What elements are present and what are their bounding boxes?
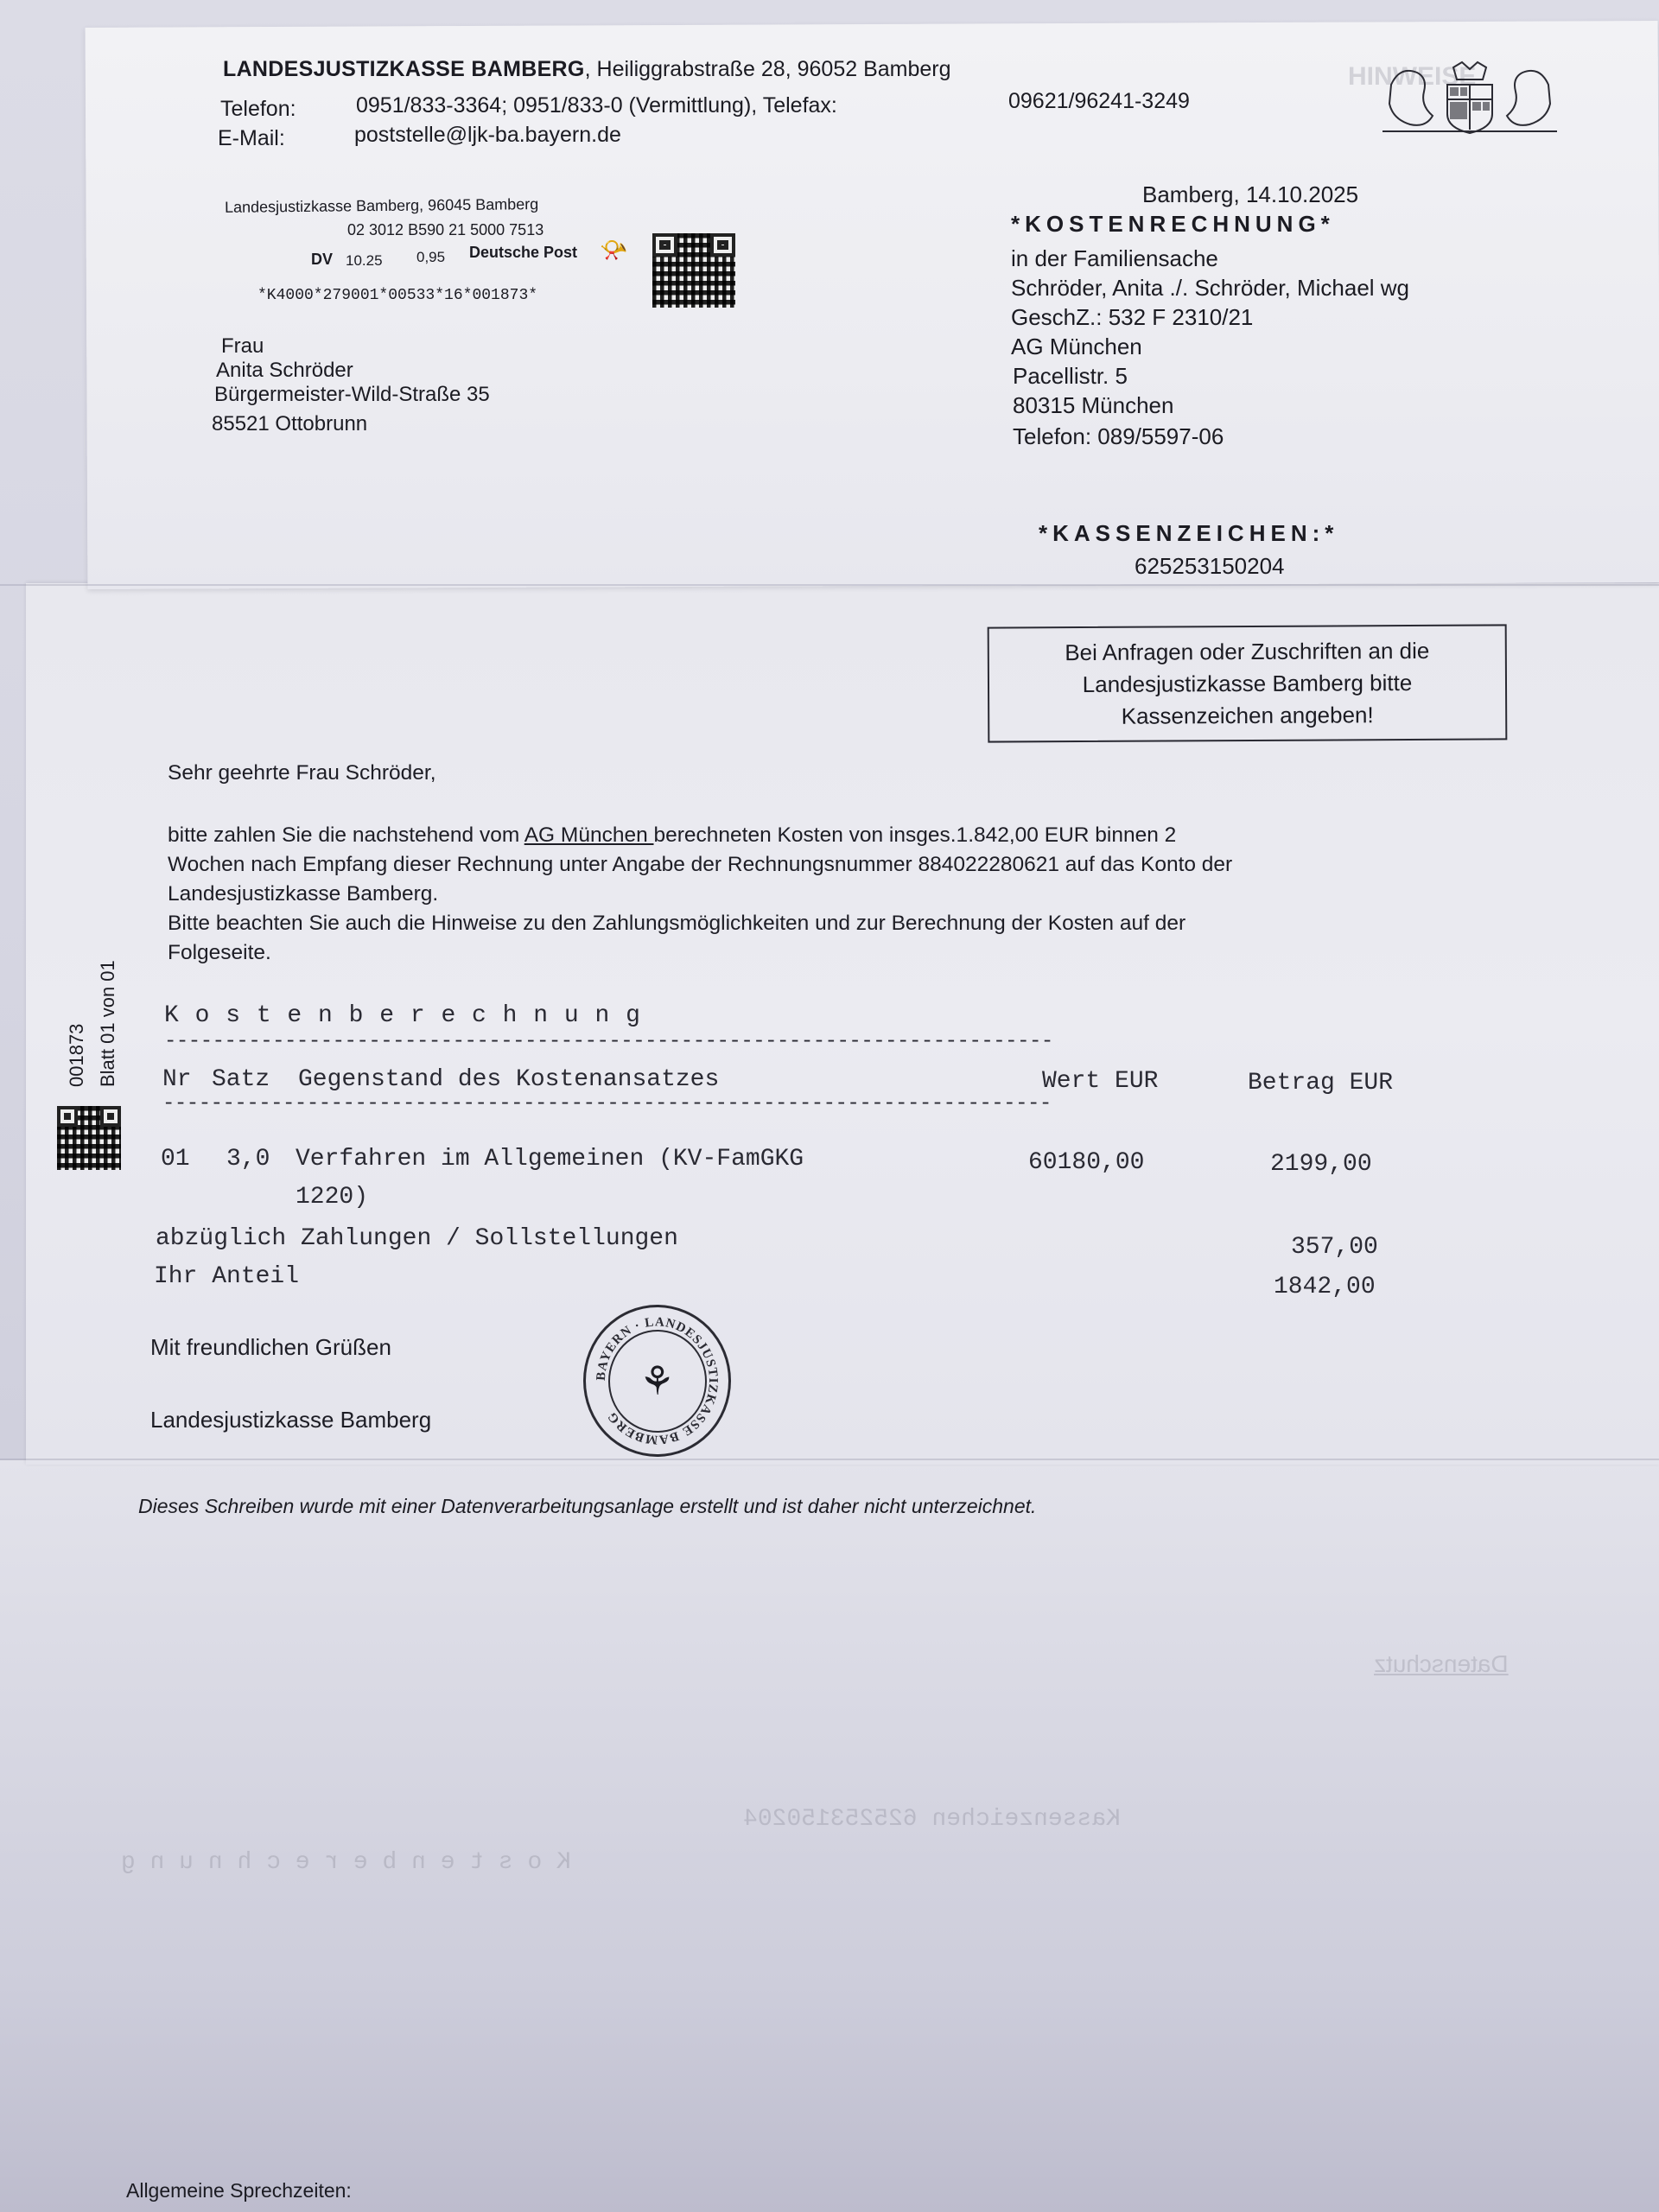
row-nr: 01 bbox=[161, 1146, 190, 1173]
official-seal-icon: BAYERN · LANDESJUSTIZKASSE BAMBERG ⚘ bbox=[583, 1305, 731, 1457]
deductions-label: abzüglich Zahlungen / Sollstellungen bbox=[156, 1225, 678, 1252]
page-info: Blatt 01 von 01 bbox=[97, 960, 119, 1087]
org-address: , Heiliggrabstraße 28, 96052 Bamberg bbox=[585, 57, 951, 81]
seal-text: BAYERN · LANDESJUSTIZKASSE BAMBERG bbox=[594, 1315, 720, 1446]
postage-barcode-line: *K4000*279001*00533*16*001873* bbox=[257, 287, 537, 304]
sheet-number: 001873 bbox=[66, 1024, 88, 1087]
email-label: E-Mail: bbox=[218, 126, 285, 151]
fold-line bbox=[0, 1459, 1659, 1460]
court-name: AG München bbox=[1011, 332, 1142, 361]
court-phone: Telefon: 089/5597-06 bbox=[1013, 422, 1224, 451]
postage-amount: 0,95 bbox=[416, 249, 445, 266]
notes-paragraph-line1: Bitte beachten Sie auch die Hinweise zu … bbox=[168, 909, 1185, 938]
header-nr: Nr bbox=[162, 1066, 192, 1093]
dv-date: 10.25 bbox=[346, 252, 383, 270]
postage-datamatrix-code bbox=[652, 233, 735, 308]
cash-reference-number: 625253150204 bbox=[1135, 551, 1285, 581]
payment-paragraph-line2: Wochen nach Empfang dieser Rechnung unte… bbox=[168, 850, 1232, 880]
payment-paragraph-line3: Landesjustizkasse Bamberg. bbox=[168, 880, 438, 909]
reverse-ghost-privacy: Datenschutz bbox=[1374, 1650, 1509, 1678]
row-subject: Verfahren im Allgemeinen (KV-FamGKG bbox=[296, 1146, 804, 1173]
header-value: Wert EUR bbox=[1042, 1068, 1158, 1095]
court-link[interactable]: AG München bbox=[524, 823, 654, 847]
header-subject: Gegenstand des Kostenansatzes bbox=[298, 1066, 719, 1093]
share-label: Ihr Anteil bbox=[154, 1263, 299, 1290]
table-rule: ----------------------------------------… bbox=[164, 1030, 1053, 1053]
header-rate: Satz bbox=[212, 1066, 270, 1093]
greeting: Sehr geehrte Frau Schröder, bbox=[168, 759, 436, 788]
disclaimer: Dieses Schreiben wurde mit einer Datenve… bbox=[138, 1495, 1036, 1518]
paper-lower-fold bbox=[0, 1460, 1659, 2212]
dv-label: DV bbox=[311, 251, 333, 269]
share-amount: 1842,00 bbox=[1274, 1274, 1376, 1300]
sheet-datamatrix-code bbox=[57, 1106, 121, 1170]
phone-value: 0951/833-3364; 0951/833-0 (Vermittlung),… bbox=[356, 93, 837, 118]
row-amount: 2199,00 bbox=[1270, 1151, 1372, 1178]
text: berechneten Kosten von insges.1.842,00 E… bbox=[654, 823, 1177, 847]
recipient-salutation: Frau bbox=[221, 334, 264, 359]
carrier-name: Deutsche Post bbox=[469, 244, 577, 262]
reference-notice-box: Bei Anfragen oder Zuschriften an die Lan… bbox=[988, 624, 1508, 742]
deductions-amount: 357,00 bbox=[1291, 1234, 1378, 1261]
office-hours-label: Allgemeine Sprechzeiten: bbox=[126, 2179, 352, 2202]
bavarian-coat-of-arms-icon bbox=[1374, 59, 1566, 138]
postage-code-line: 02 3012 B590 21 5000 7513 bbox=[347, 221, 543, 239]
notice-line: Bei Anfragen oder Zuschriften an die bbox=[1065, 634, 1429, 668]
document-type: *KOSTENRECHNUNG* bbox=[1011, 209, 1335, 238]
email-link[interactable]: poststelle@ljk-ba.bayern.de bbox=[354, 123, 621, 148]
payment-paragraph-line1: bitte zahlen Sie die nachstehend vom AG … bbox=[168, 821, 1176, 850]
table-rule: ----------------------------------------… bbox=[162, 1092, 1052, 1116]
recipient-city: 85521 Ottobrunn bbox=[212, 411, 367, 437]
cost-table-title: K o s t e n b e r e c h n u n g bbox=[164, 1002, 641, 1029]
row-value: 60180,00 bbox=[1028, 1149, 1144, 1176]
notice-line: Kassenzeichen angeben! bbox=[1065, 698, 1430, 732]
regards: Mit freundlichen Grüßen bbox=[150, 1332, 391, 1362]
court-street: Pacellistr. 5 bbox=[1013, 361, 1128, 391]
svg-text:BAYERN · LANDESJUSTIZKASSE BAM: BAYERN · LANDESJUSTIZKASSE BAMBERG bbox=[594, 1315, 720, 1446]
parties: Schröder, Anita ./. Schröder, Michael wg bbox=[1011, 273, 1409, 302]
court-city: 80315 München bbox=[1013, 391, 1173, 420]
org-name: LANDESJUSTIZKASSE BAMBERG bbox=[223, 57, 585, 81]
matter-line: in der Familiensache bbox=[1011, 244, 1218, 273]
recipient-street: Bürgermeister-Wild-Straße 35 bbox=[214, 382, 490, 408]
case-number: GeschZ.: 532 F 2310/21 bbox=[1011, 302, 1253, 332]
recipient-name: Anita Schröder bbox=[216, 358, 353, 384]
fold-line bbox=[0, 584, 1659, 586]
text: bitte zahlen Sie die nachstehend vom bbox=[168, 823, 524, 847]
fax-value: 09621/96241-3249 bbox=[1008, 89, 1190, 114]
cash-reference-label: *KASSENZEICHEN:* bbox=[1039, 518, 1338, 548]
row-subject-continued: 1220) bbox=[296, 1184, 368, 1211]
place-date: Bamberg, 14.10.2025 bbox=[1142, 180, 1358, 209]
letterhead-org: LANDESJUSTIZKASSE BAMBERG, Heiliggrabstr… bbox=[223, 57, 951, 82]
notice-line: Landesjustizkasse Bamberg bitte bbox=[1065, 666, 1429, 700]
notes-paragraph-line2: Folgeseite. bbox=[168, 938, 271, 968]
return-address: Landesjustizkasse Bamberg, 96045 Bamberg bbox=[225, 195, 538, 217]
post-horn-icon: 📯 bbox=[600, 237, 627, 264]
phone-label: Telefon: bbox=[220, 97, 296, 122]
header-amount: Betrag EUR bbox=[1248, 1070, 1393, 1096]
signature: Landesjustizkasse Bamberg bbox=[150, 1405, 431, 1434]
row-rate: 3,0 bbox=[226, 1146, 270, 1173]
